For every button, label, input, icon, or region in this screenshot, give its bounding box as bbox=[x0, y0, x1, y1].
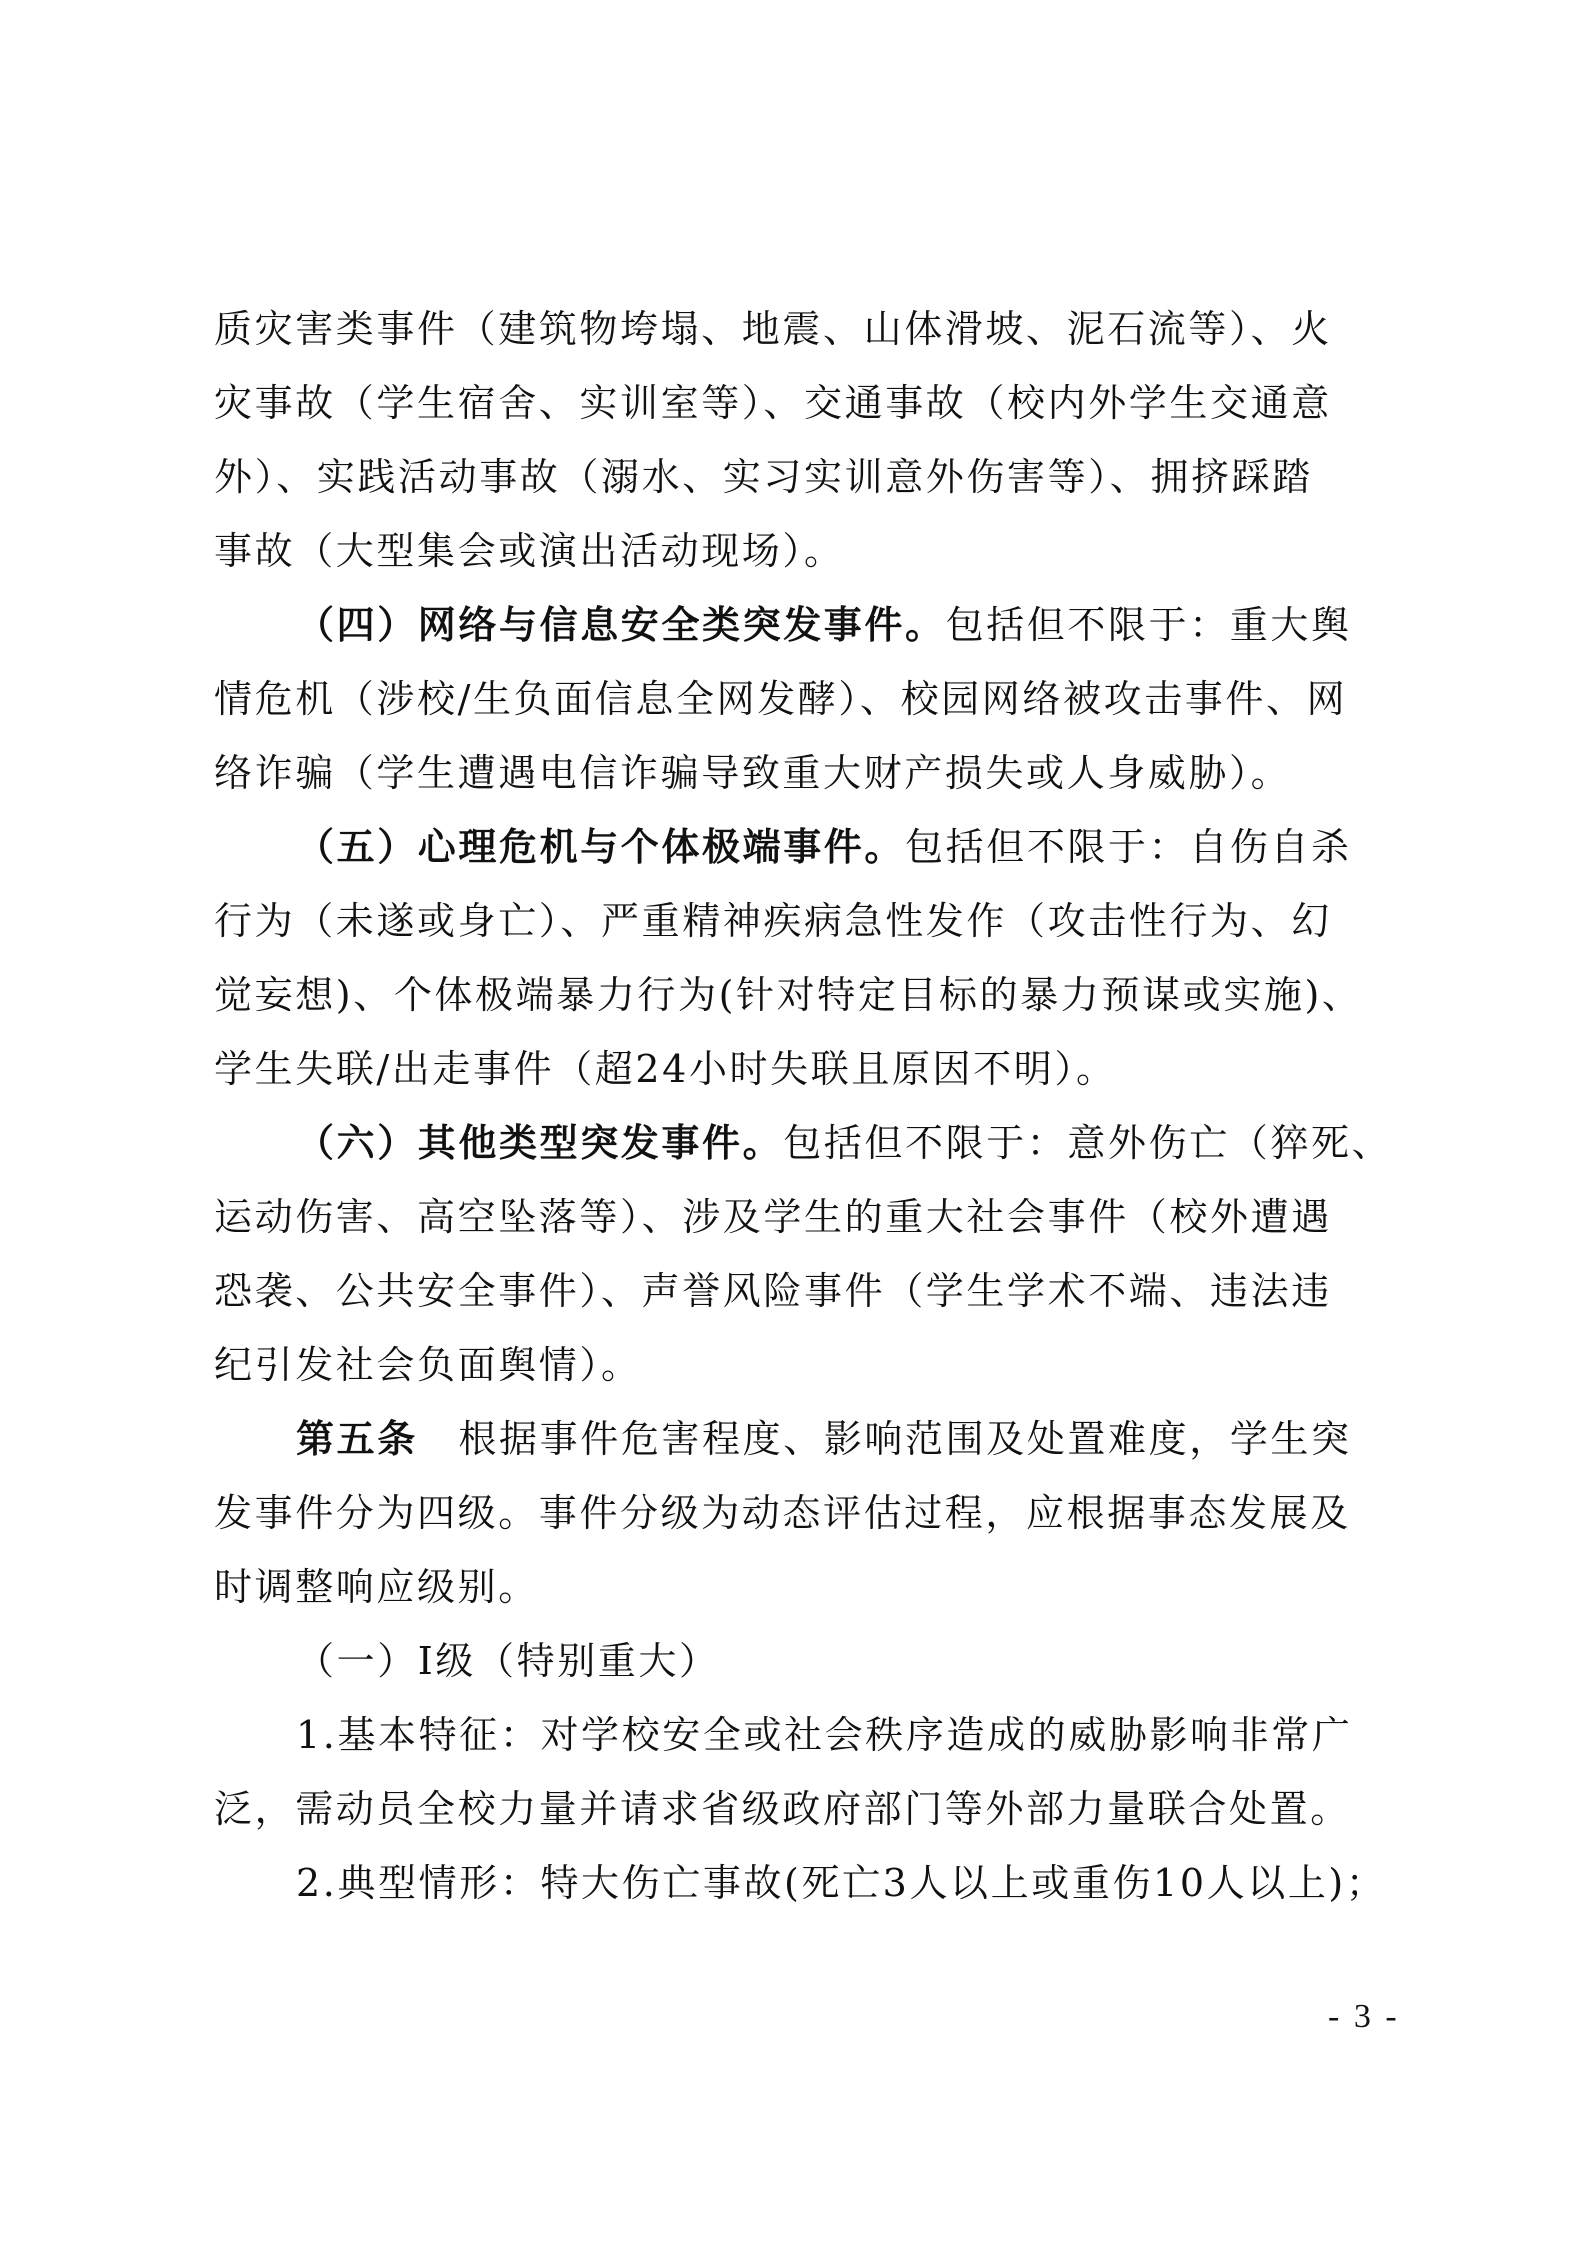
level-one-heading: （一）I级（特别重大） bbox=[214, 1624, 1374, 1698]
text-line: 时调整响应级别。 bbox=[214, 1550, 1374, 1624]
text-line: 情危机（涉校/生负面信息全网发酵）、校园网络被攻击事件、网 bbox=[214, 662, 1374, 736]
text-span: 包括但不限于：意外伤亡（猝死、 bbox=[783, 1121, 1392, 1165]
text-line: 泛，需动员全校力量并请求省级政府部门等外部力量联合处置。 bbox=[214, 1772, 1374, 1846]
section-heading-five: （五）心理危机与个体极端事件。 bbox=[296, 825, 905, 869]
section-four-first-line: （四）网络与信息安全类突发事件。包括但不限于：重大舆 bbox=[214, 588, 1374, 662]
typical-cases-line: 2.典型情形：特大伤亡事故(死亡3人以上或重伤10人以上)； bbox=[214, 1846, 1374, 1920]
text-line: 恐袭、公共安全事件）、声誉风险事件（学生学术不端、违法违 bbox=[214, 1254, 1374, 1328]
article-heading-five: 第五条 bbox=[296, 1417, 418, 1461]
text-line: 灾事故（学生宿舍、实训室等）、交通事故（校内外学生交通意 bbox=[214, 366, 1374, 440]
article-five-first-line: 第五条 根据事件危害程度、影响范围及处置难度，学生突 bbox=[214, 1402, 1374, 1476]
text-span: 包括但不限于：自伤自杀 bbox=[905, 825, 1352, 869]
document-page: 质灾害类事件（建筑物垮塌、地震、山体滑坡、泥石流等）、火 灾事故（学生宿舍、实训… bbox=[0, 0, 1587, 2245]
text-line: 事故（大型集会或演出活动现场）。 bbox=[214, 514, 1374, 588]
text-line: 发事件分为四级。事件分级为动态评估过程，应根据事态发展及 bbox=[214, 1476, 1374, 1550]
text-span: 根据事件危害程度、影响范围及处置难度，学生突 bbox=[418, 1417, 1352, 1461]
section-heading-six: （六）其他类型突发事件。 bbox=[296, 1121, 783, 1165]
text-line: 觉妄想)、个体极端暴力行为(针对特定目标的暴力预谋或实施)、 bbox=[214, 958, 1374, 1032]
text-line: 质灾害类事件（建筑物垮塌、地震、山体滑坡、泥石流等）、火 bbox=[214, 292, 1374, 366]
section-heading-four: （四）网络与信息安全类突发事件。 bbox=[296, 603, 946, 647]
text-line: 行为（未遂或身亡）、严重精神疾病急性发作（攻击性行为、幻 bbox=[214, 884, 1374, 958]
text-line: 络诈骗（学生遭遇电信诈骗导致重大财产损失或人身威胁）。 bbox=[214, 736, 1374, 810]
text-line: 外）、实践活动事故（溺水、实习实训意外伤害等）、拥挤踩踏 bbox=[214, 440, 1374, 514]
document-body: 质灾害类事件（建筑物垮塌、地震、山体滑坡、泥石流等）、火 灾事故（学生宿舍、实训… bbox=[214, 292, 1374, 1920]
text-line: 学生失联/出走事件（超24小时失联且原因不明）。 bbox=[214, 1032, 1374, 1106]
section-six-first-line: （六）其他类型突发事件。包括但不限于：意外伤亡（猝死、 bbox=[214, 1106, 1374, 1180]
text-line: 纪引发社会负面舆情）。 bbox=[214, 1328, 1374, 1402]
page-number: - 3 - bbox=[1328, 1998, 1400, 2036]
text-span: 包括但不限于：重大舆 bbox=[946, 603, 1352, 647]
basic-features-line: 1.基本特征：对学校安全或社会秩序造成的威胁影响非常广 bbox=[214, 1698, 1374, 1772]
text-line: 运动伤害、高空坠落等）、涉及学生的重大社会事件（校外遭遇 bbox=[214, 1180, 1374, 1254]
section-five-first-line: （五）心理危机与个体极端事件。包括但不限于：自伤自杀 bbox=[214, 810, 1374, 884]
